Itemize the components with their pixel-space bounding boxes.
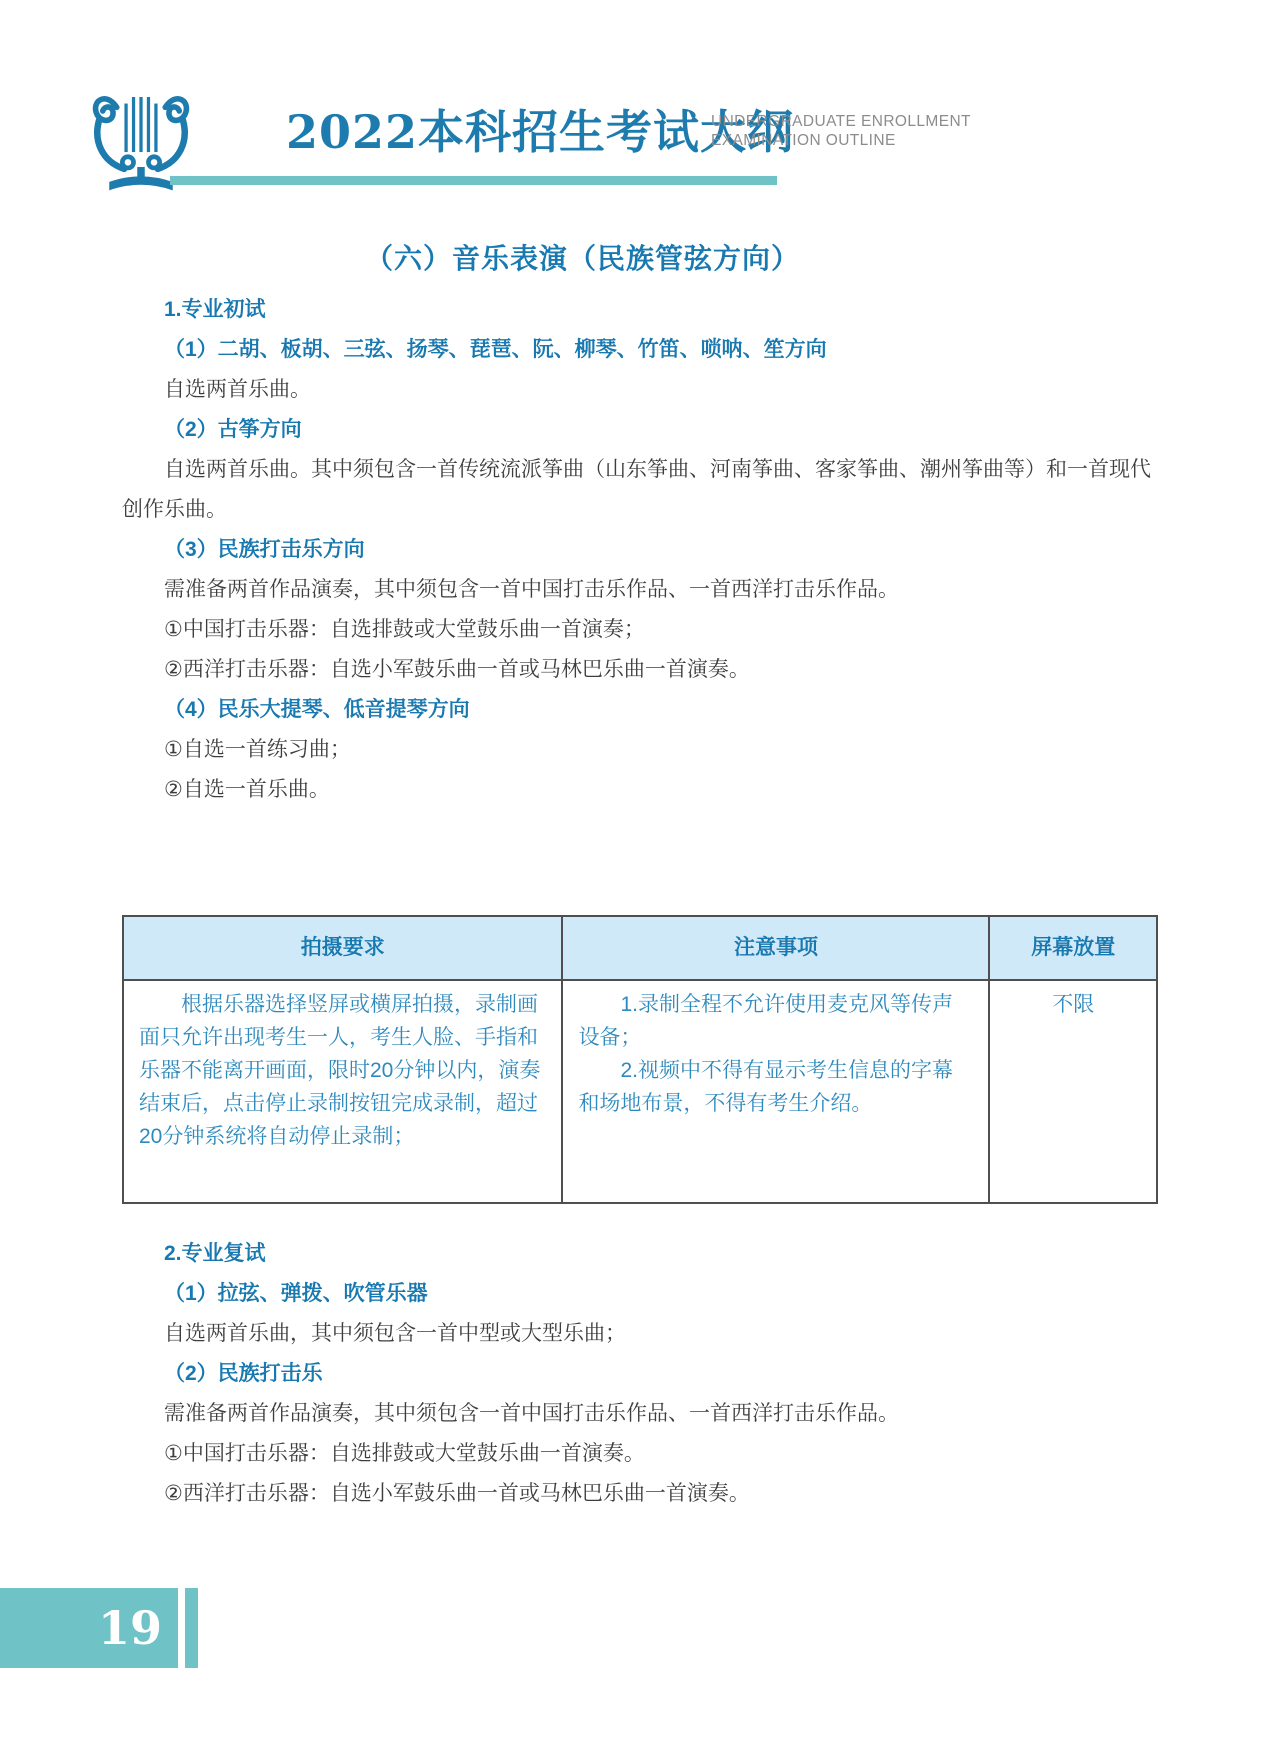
part1-sub3-heading: （3）民族打击乐方向 [122,530,1158,570]
part1-sub1-text: 自选两首乐曲。 [122,370,1158,410]
document-title-en: UNDERGRADUATE ENROLLMENT EXAMINATION OUT… [711,112,971,150]
recording-requirements-table: 拍摄要求 注意事项 屏幕放置 根据乐器选择竖屏或横屏拍摄，录制画面只允许出现考生… [122,915,1158,1204]
part1-sub1-heading: （1）二胡、板胡、三弦、扬琴、琵琶、阮、柳琴、竹笛、唢呐、笙方向 [122,330,1158,370]
part2-heading: 2.专业复试 [122,1234,1158,1274]
part2-sub2-heading: （2）民族打击乐 [122,1354,1158,1394]
content-area: 1.专业初试 （1）二胡、板胡、三弦、扬琴、琵琶、阮、柳琴、竹笛、唢呐、笙方向 … [122,290,1158,1514]
part2-block: 2.专业复试 （1）拉弦、弹拨、吹管乐器 自选两首乐曲，其中须包含一首中型或大型… [122,1234,1158,1514]
shooting-requirements-text: 根据乐器选择竖屏或横屏拍摄，录制画面只允许出现考生一人，考生人脸、手指和乐器不能… [139,988,546,1153]
document-page: 2022本科招生考试大纲 UNDERGRADUATE ENROLLMENT EX… [0,0,1280,1748]
part2-sub2-text: 需准备两首作品演奏，其中须包含一首中国打击乐作品、一首西洋打击乐作品。 [122,1394,1158,1434]
page-number: 19 [98,1601,162,1655]
notes-item-2: 2.视频中不得有显示考生信息的字幕和场地布景，不得有考生介绍。 [578,1054,973,1120]
page-number-block: 19 [0,1588,178,1668]
notes-item-1: 1.录制全程不允许使用麦克风等传声设备； [578,988,973,1054]
part2-sub1-heading: （1）拉弦、弹拨、吹管乐器 [122,1274,1158,1314]
section-title: （六）音乐表演（民族管弦方向） [0,237,1165,277]
header-accent-bar [170,176,777,185]
table-row: 根据乐器选择竖屏或横屏拍摄，录制画面只允许出现考生一人，考生人脸、手指和乐器不能… [123,980,1157,1203]
table-cell-notes: 1.录制全程不允许使用麦克风等传声设备； 2.视频中不得有显示考生信息的字幕和场… [562,980,989,1203]
document-title-en-line2: EXAMINATION OUTLINE [711,131,971,150]
table-header-row: 拍摄要求 注意事项 屏幕放置 [123,916,1157,980]
document-title-en-line1: UNDERGRADUATE ENROLLMENT [711,112,971,131]
table-cell-screen: 不限 [989,980,1157,1203]
table-header-shooting: 拍摄要求 [123,916,562,980]
part2-sub2-item1: ①中国打击乐器：自选排鼓或大堂鼓乐曲一首演奏。 [122,1434,1158,1474]
table-cell-shooting: 根据乐器选择竖屏或横屏拍摄，录制画面只允许出现考生一人，考生人脸、手指和乐器不能… [123,980,562,1203]
table-header-screen: 屏幕放置 [989,916,1157,980]
table-header-notes: 注意事项 [562,916,989,980]
part1-sub2-heading: （2）古筝方向 [122,410,1158,450]
part2-sub2-item2: ②西洋打击乐器：自选小军鼓乐曲一首或马林巴乐曲一首演奏。 [122,1474,1158,1514]
part1-sub2-text: 自选两首乐曲。其中须包含一首传统流派筝曲（山东筝曲、河南筝曲、客家筝曲、潮州筝曲… [122,450,1158,530]
part2-sub1-text: 自选两首乐曲，其中须包含一首中型或大型乐曲； [122,1314,1158,1354]
part1-heading: 1.专业初试 [122,290,1158,330]
part1-sub3-text: 需准备两首作品演奏，其中须包含一首中国打击乐作品、一首西洋打击乐作品。 [122,570,1158,610]
part1-sub3-item2: ②西洋打击乐器：自选小军鼓乐曲一首或马林巴乐曲一首演奏。 [122,650,1158,690]
part1-sub3-item1: ①中国打击乐器：自选排鼓或大堂鼓乐曲一首演奏； [122,610,1158,650]
part1-sub4-item1: ①自选一首练习曲； [122,730,1158,770]
footer-accent-bar [185,1588,198,1668]
part1-sub4-heading: （4）民乐大提琴、低音提琴方向 [122,690,1158,730]
part1-sub4-item2: ②自选一首乐曲。 [122,770,1158,810]
